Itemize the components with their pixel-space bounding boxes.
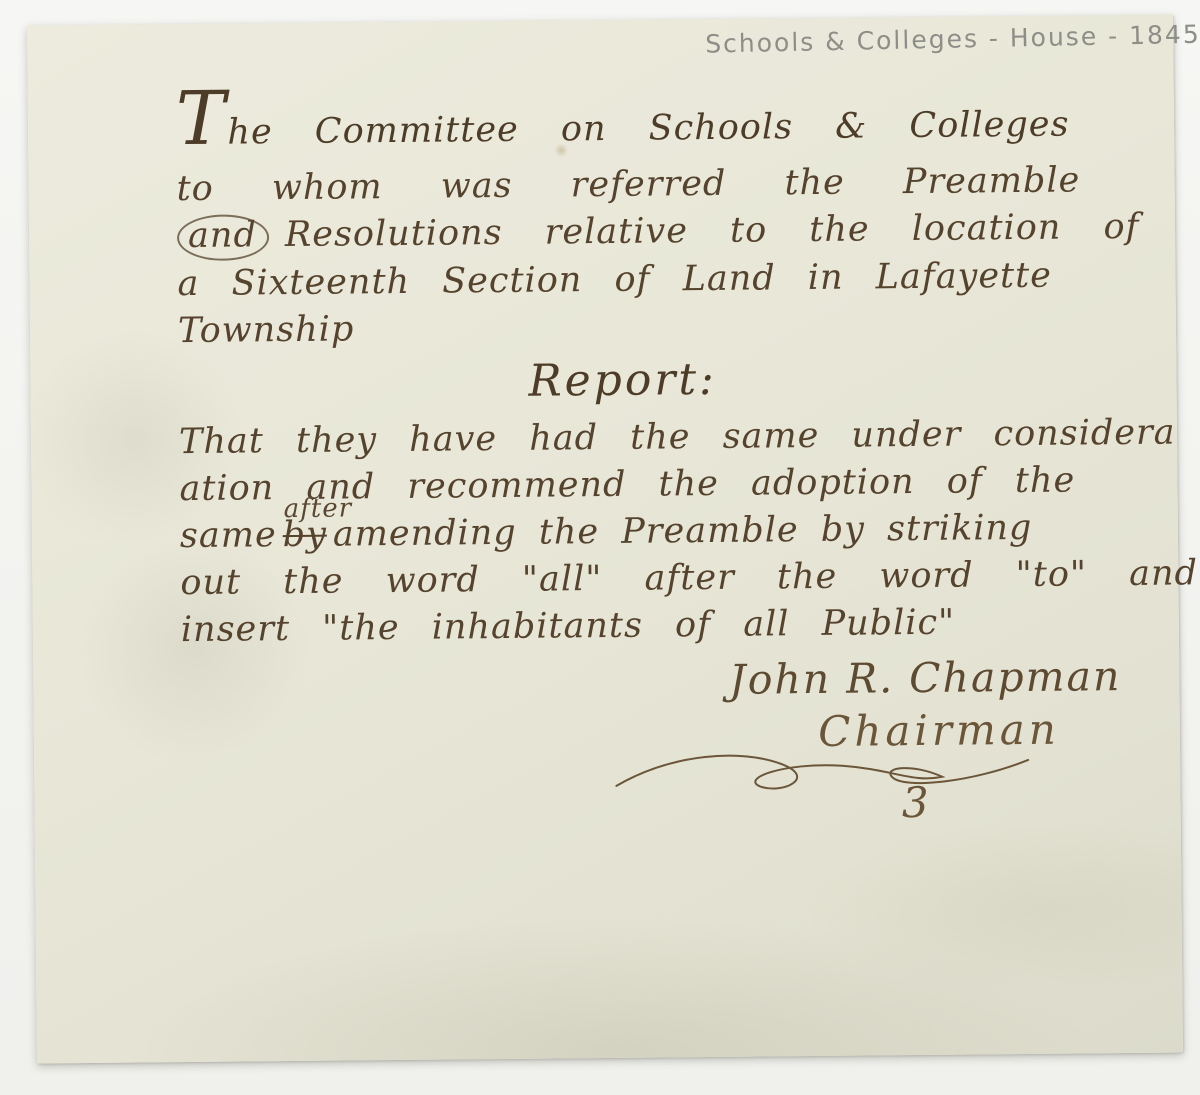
- body-line-3-prefix: same: [180, 515, 277, 556]
- inline-edit: afterby: [282, 512, 327, 559]
- opening-line-1: The Committee on Schools & Colleges: [176, 77, 1145, 166]
- body-line-4: out the word "all" after the word "to" a…: [180, 551, 1148, 607]
- report-heading: Report:: [528, 348, 1147, 410]
- archival-annotation: Schools & Colleges - House - 1845: [705, 20, 1200, 59]
- signature-name: John R. Chapman: [181, 649, 1149, 712]
- document-paper: Schools & Colleges - House - 1845 The Co…: [27, 15, 1183, 1064]
- document-text: The Committee on Schools & Colleges to w…: [176, 77, 1151, 834]
- opening-line-5: Township: [178, 299, 1146, 355]
- circled-word: and: [177, 214, 269, 261]
- opening-line-4: a Sixteenth Section of Land in Lafayette: [177, 252, 1145, 308]
- opening-line-3-text: Resolutions relative to the location of: [285, 207, 1140, 255]
- scan-background: Schools & Colleges - House - 1845 The Co…: [0, 0, 1200, 1095]
- pen-flourish-icon: [612, 742, 1032, 800]
- body-line-3-suffix: amending the Preamble by striking: [333, 508, 1033, 555]
- inserted-word: after: [284, 495, 353, 522]
- body-line-5: insert "the inhabitants of all Public": [181, 598, 1149, 654]
